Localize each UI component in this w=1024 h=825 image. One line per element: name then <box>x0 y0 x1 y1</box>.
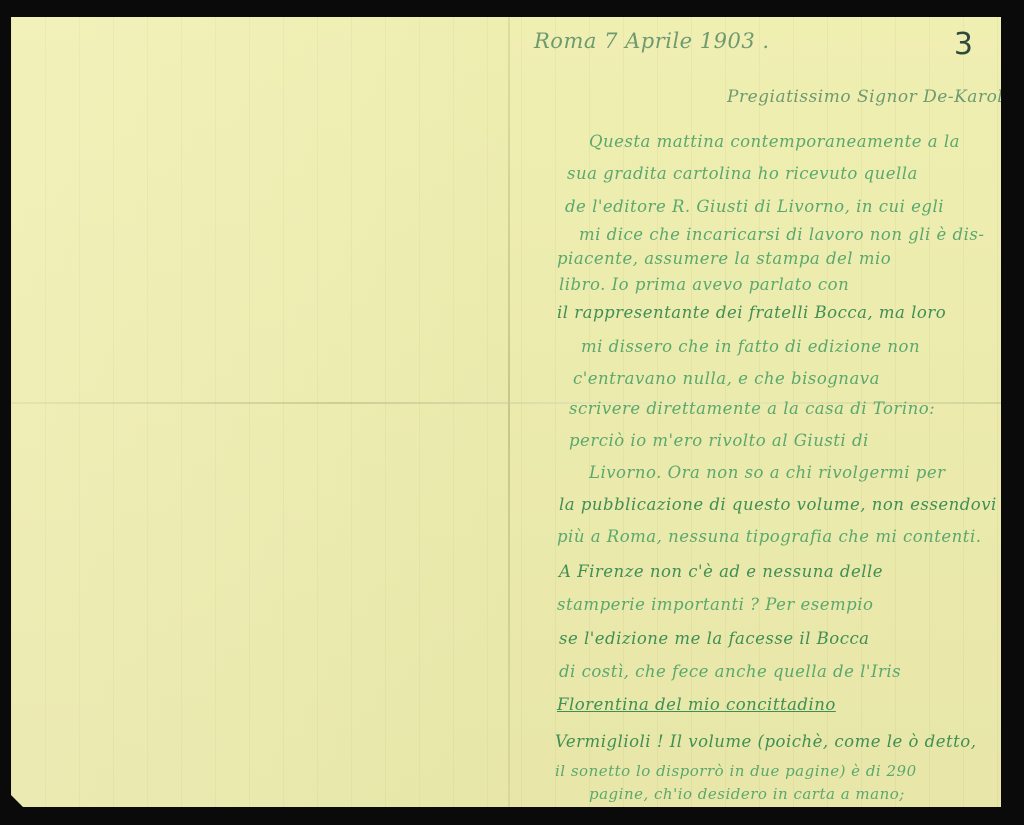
letter-line: il rappresentante dei fratelli Bocca, ma… <box>557 303 946 322</box>
letter-line: Questa mattina contemporaneamente a la <box>589 132 960 151</box>
letter-line: se l'edizione me la facesse il Bocca <box>559 629 870 648</box>
letter-line: perciò io m'ero rivolto al Giusti di <box>569 431 869 450</box>
letter-line: il sonetto lo disporrò in due pagine) è … <box>555 762 917 780</box>
letter-line: Livorno. Ora non so a chi rivolgermi per <box>589 463 945 482</box>
letter-line: A Firenze non c'è ad e nessuna delle <box>559 562 883 581</box>
letter-line: mi dissero che in fatto di edizione non <box>581 337 920 356</box>
left-page-blank <box>11 17 509 807</box>
page-number: 3 <box>954 27 973 62</box>
letter-line: pagine, ch'io desidero in carta a mano; <box>589 785 905 803</box>
letter-line: Vermiglioli ! Il volume (poichè, come le… <box>555 732 976 751</box>
letter-line: c'entravano nulla, e che bisognava <box>573 369 880 388</box>
letter-line: la pubblicazione di questo volume, non e… <box>559 495 997 514</box>
letter-line: libro. Io prima avevo parlato con <box>559 275 849 294</box>
letter-sheet: Roma 7 Aprile 1903 . 3 Pregiatissimo Sig… <box>11 17 1001 807</box>
letter-line: scrivere direttamente a la casa di Torin… <box>569 399 935 418</box>
letter-line-underlined: Florentina del mio concittadino <box>557 695 836 714</box>
letter-line: mi dice che incaricarsi di lavoro non gl… <box>579 225 984 244</box>
letter-line: sua gradita cartolina ho ricevuto quella <box>567 164 918 183</box>
letter-date: Roma 7 Aprile 1903 . <box>534 29 770 53</box>
letter-line: più a Roma, nessuna tipografia che mi co… <box>557 527 981 546</box>
letter-line: di costì, che fece anche quella de l'Iri… <box>559 662 901 681</box>
right-page: Roma 7 Aprile 1903 . 3 Pregiatissimo Sig… <box>509 17 1001 807</box>
letter-line: piacente, assumere la stampa del mio <box>557 249 891 268</box>
letter-salutation: Pregiatissimo Signor De-Karolis <box>727 87 1018 107</box>
letter-line: stamperie importanti ? Per esempio <box>557 595 873 614</box>
letter-line: de l'editore R. Giusti di Livorno, in cu… <box>565 197 944 216</box>
